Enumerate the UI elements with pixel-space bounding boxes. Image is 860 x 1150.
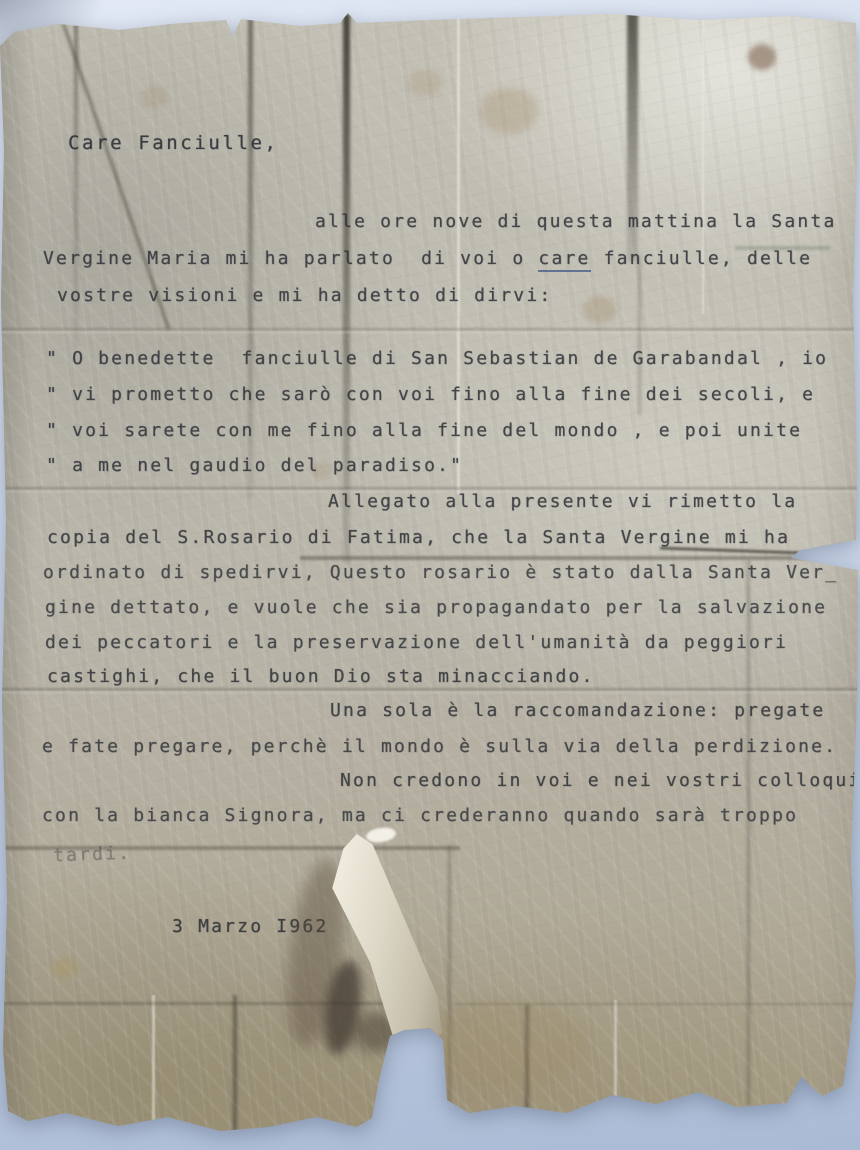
- stain: [420, 1000, 590, 1090]
- body-line: Allegato alla presente vi rimetto la: [328, 491, 797, 513]
- fold-crease: [233, 995, 237, 1135]
- stain: [52, 958, 78, 978]
- stain: [142, 86, 168, 108]
- body-line: con la bianca Signora, ma ci crederanno …: [42, 805, 798, 827]
- stain: [480, 88, 538, 134]
- body-line: ordinato di spedirvi, Questo rosario è s…: [43, 562, 838, 584]
- body-text: Vergine Maria mi ha parlato di voi o: [43, 248, 538, 269]
- body-line: e fate pregare, perchè il mondo è sulla …: [42, 736, 837, 758]
- stain-dark-top-right: [748, 44, 776, 70]
- fold-highlight: [614, 1000, 617, 1120]
- body-line-faded: tardi.: [53, 843, 132, 868]
- body-text: fanciulle, delle: [591, 248, 813, 269]
- salutation: Care Fanciulle,: [68, 132, 279, 154]
- fold-highlight: [0, 691, 860, 693]
- body-line: dei peccatori e la preservazione dell'um…: [45, 632, 788, 654]
- body-line: gine dettato, e vuole che sia propaganda…: [45, 597, 827, 619]
- body-line: Vergine Maria mi ha parlato di voi o car…: [43, 248, 812, 270]
- fold-highlight: [0, 331, 860, 333]
- torn-edge-highlight: [365, 826, 397, 844]
- quote-line: " vi prometto che sarò con voi fino alla…: [46, 384, 815, 406]
- quote-line: " voi sarete con me fino alla fine del m…: [46, 420, 802, 442]
- body-line: Non credono in voi e nei vostri colloqui: [340, 770, 860, 792]
- body-line: copia del S.Rosario di Fatima, che la Sa…: [47, 527, 790, 549]
- quote-line: " a me nel gaudio del paradiso.": [46, 455, 463, 477]
- stain: [408, 70, 442, 96]
- fold-highlight: [152, 995, 155, 1130]
- paper-shadow-wrap: Care Fanciulle, alle ore nove di questa …: [0, 0, 860, 1150]
- quote-line: " O benedette fanciulle di San Sebastian…: [46, 348, 828, 370]
- body-line: Una sola è la raccomandazione: pregate: [330, 700, 825, 722]
- body-line: alle ore nove di questa mattina la Santa: [315, 211, 836, 233]
- letter-paper: Care Fanciulle, alle ore nove di questa …: [0, 0, 860, 1150]
- body-line: vostre visioni e mi ha detto di dirvi:: [57, 285, 552, 307]
- body-line: castighi, che il buon Dio sta minacciand…: [47, 666, 595, 688]
- stain: [583, 296, 617, 324]
- letter-photo: Care Fanciulle, alle ore nove di questa …: [0, 0, 860, 1150]
- underlined-word: care: [538, 248, 590, 272]
- fold-crease: [300, 556, 856, 560]
